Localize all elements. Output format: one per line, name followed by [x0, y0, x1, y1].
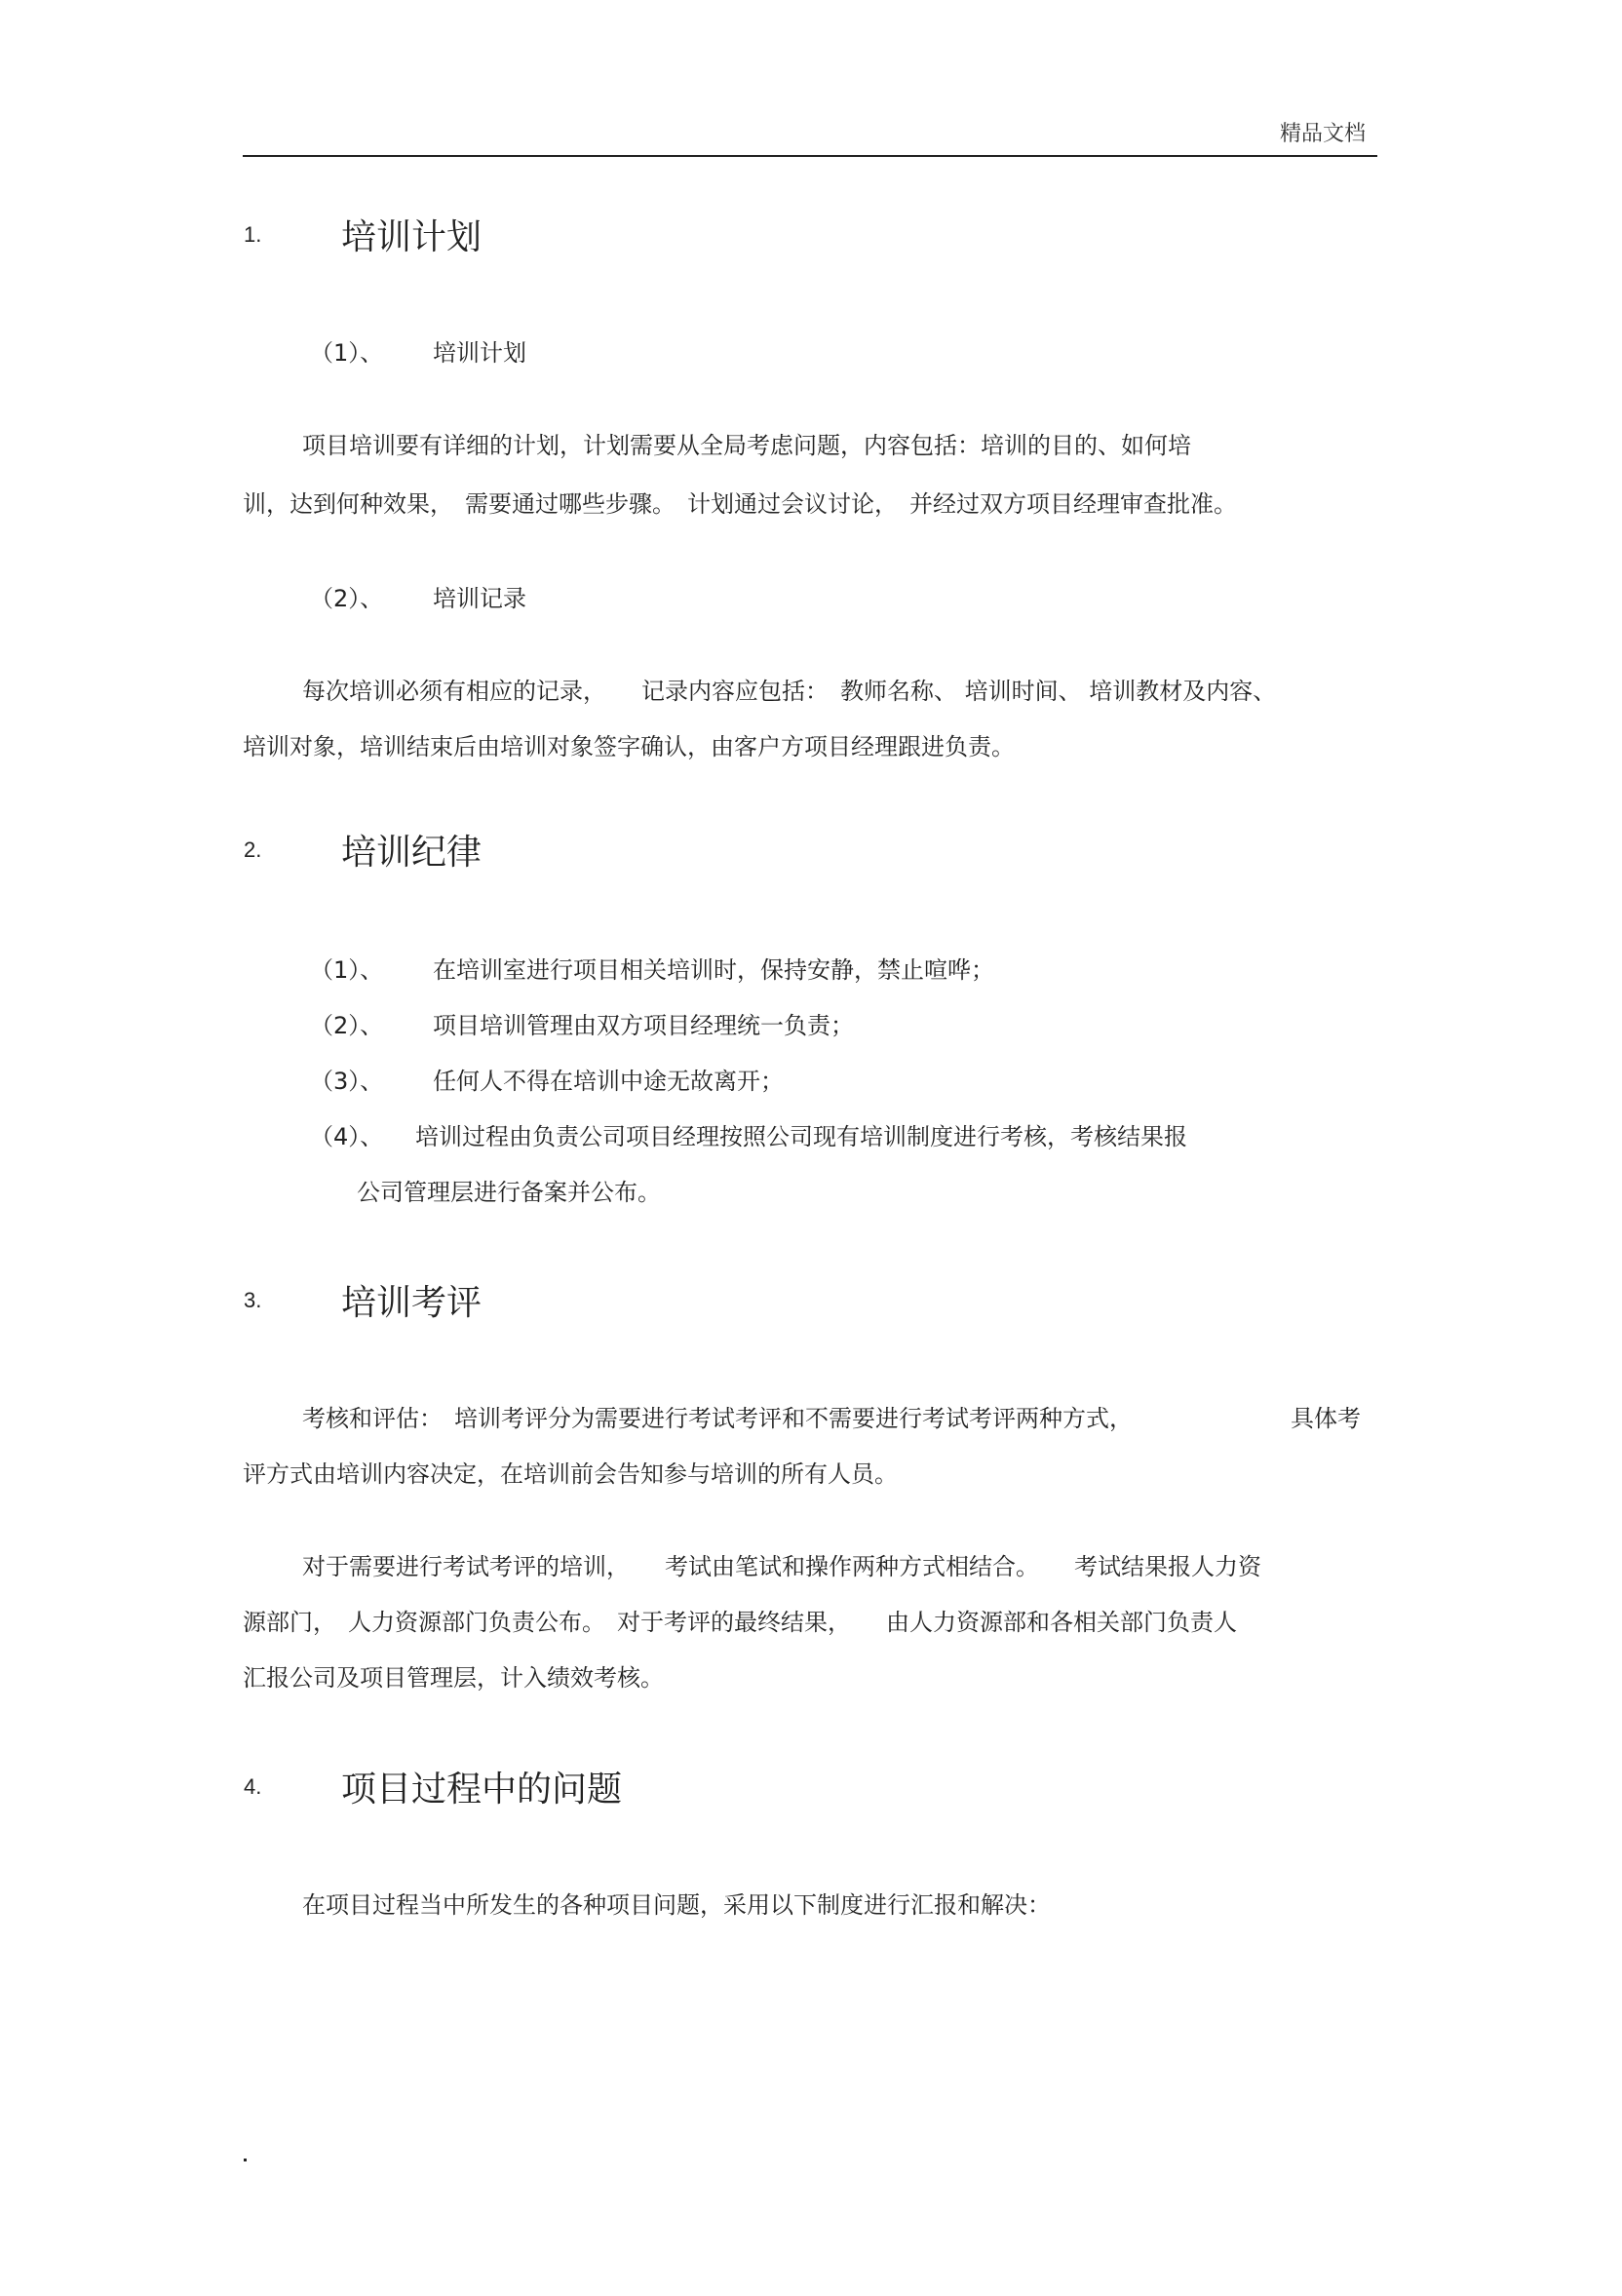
list-item-marker: （4）、: [310, 1117, 383, 1151]
section-title: 培训纪律: [341, 825, 482, 875]
paragraph-line: 考核和评估： 培训考评分为需要进行考试考评和不需要进行考试考评两种方式，: [302, 1399, 1133, 1433]
paragraph-line: 源部门， 人力资源部门负责公布。 对于考评的最终结果， 由人力资源部和各相关部门…: [243, 1603, 1237, 1637]
section-title: 项目过程中的问题: [341, 1762, 622, 1811]
list-item-marker: （2）、: [310, 1006, 383, 1040]
list-item-text: 在培训室进行项目相关培训时，保持安静，禁止喧哗；: [433, 951, 994, 985]
section-title: 培训考评: [341, 1275, 482, 1325]
subsection-marker: （1）、: [310, 333, 383, 368]
list-item-continuation: 公司管理层进行备案并公布。: [357, 1173, 661, 1207]
list-item-text: 任何人不得在培训中途无故离开；: [433, 1062, 784, 1096]
footer-dot-mark: [244, 2159, 247, 2161]
paragraph-line: 评方式由培训内容决定，在培训前会告知参与培训的所有人员。: [243, 1455, 898, 1489]
section-number: 4.: [244, 1774, 261, 1800]
paragraph-line-tail: 具体考: [1291, 1399, 1361, 1433]
section-title: 培训计划: [341, 210, 482, 259]
section-number: 1.: [244, 222, 261, 248]
document-header-label: 精品文档: [1280, 117, 1366, 147]
list-item-text: 培训过程由负责公司项目经理按照公司现有培训制度进行考核，考核结果报: [415, 1117, 1187, 1151]
section-number: 3.: [244, 1288, 261, 1313]
paragraph-line: 培训对象，培训结束后由培训对象签字确认，由客户方项目经理跟进负责。: [243, 727, 1015, 761]
subsection-title: 培训计划: [433, 333, 526, 368]
section-number: 2.: [244, 837, 261, 863]
paragraph-line: 在项目过程当中所发生的各种项目问题，采用以下制度进行汇报和解决：: [302, 1886, 1051, 1920]
paragraph-line: 汇报公司及项目管理层，计入绩效考核。: [243, 1658, 664, 1693]
list-item-text: 项目培训管理由双方项目经理统一负责；: [433, 1006, 854, 1040]
subsection-title: 培训记录: [433, 579, 526, 613]
header-divider: [243, 155, 1377, 157]
list-item-marker: （3）、: [310, 1062, 383, 1096]
paragraph-line: 项目培训要有详细的计划，计划需要从全局考虑问题，内容包括：培训的目的、如何培: [302, 426, 1191, 460]
paragraph-line: 每次培训必须有相应的记录， 记录内容应包括： 教师名称、 培训时间、 培训教材及…: [302, 672, 1276, 706]
paragraph-line: 训，达到何种效果， 需要通过哪些步骤。 计划通过会议讨论， 并经过双方项目经理审…: [243, 485, 1237, 519]
paragraph-line: 对于需要进行考试考评的培训， 考试由笔试和操作两种方式相结合。 考试结果报人力资: [302, 1547, 1261, 1581]
list-item-marker: （1）、: [310, 951, 383, 985]
subsection-marker: （2）、: [310, 579, 383, 613]
